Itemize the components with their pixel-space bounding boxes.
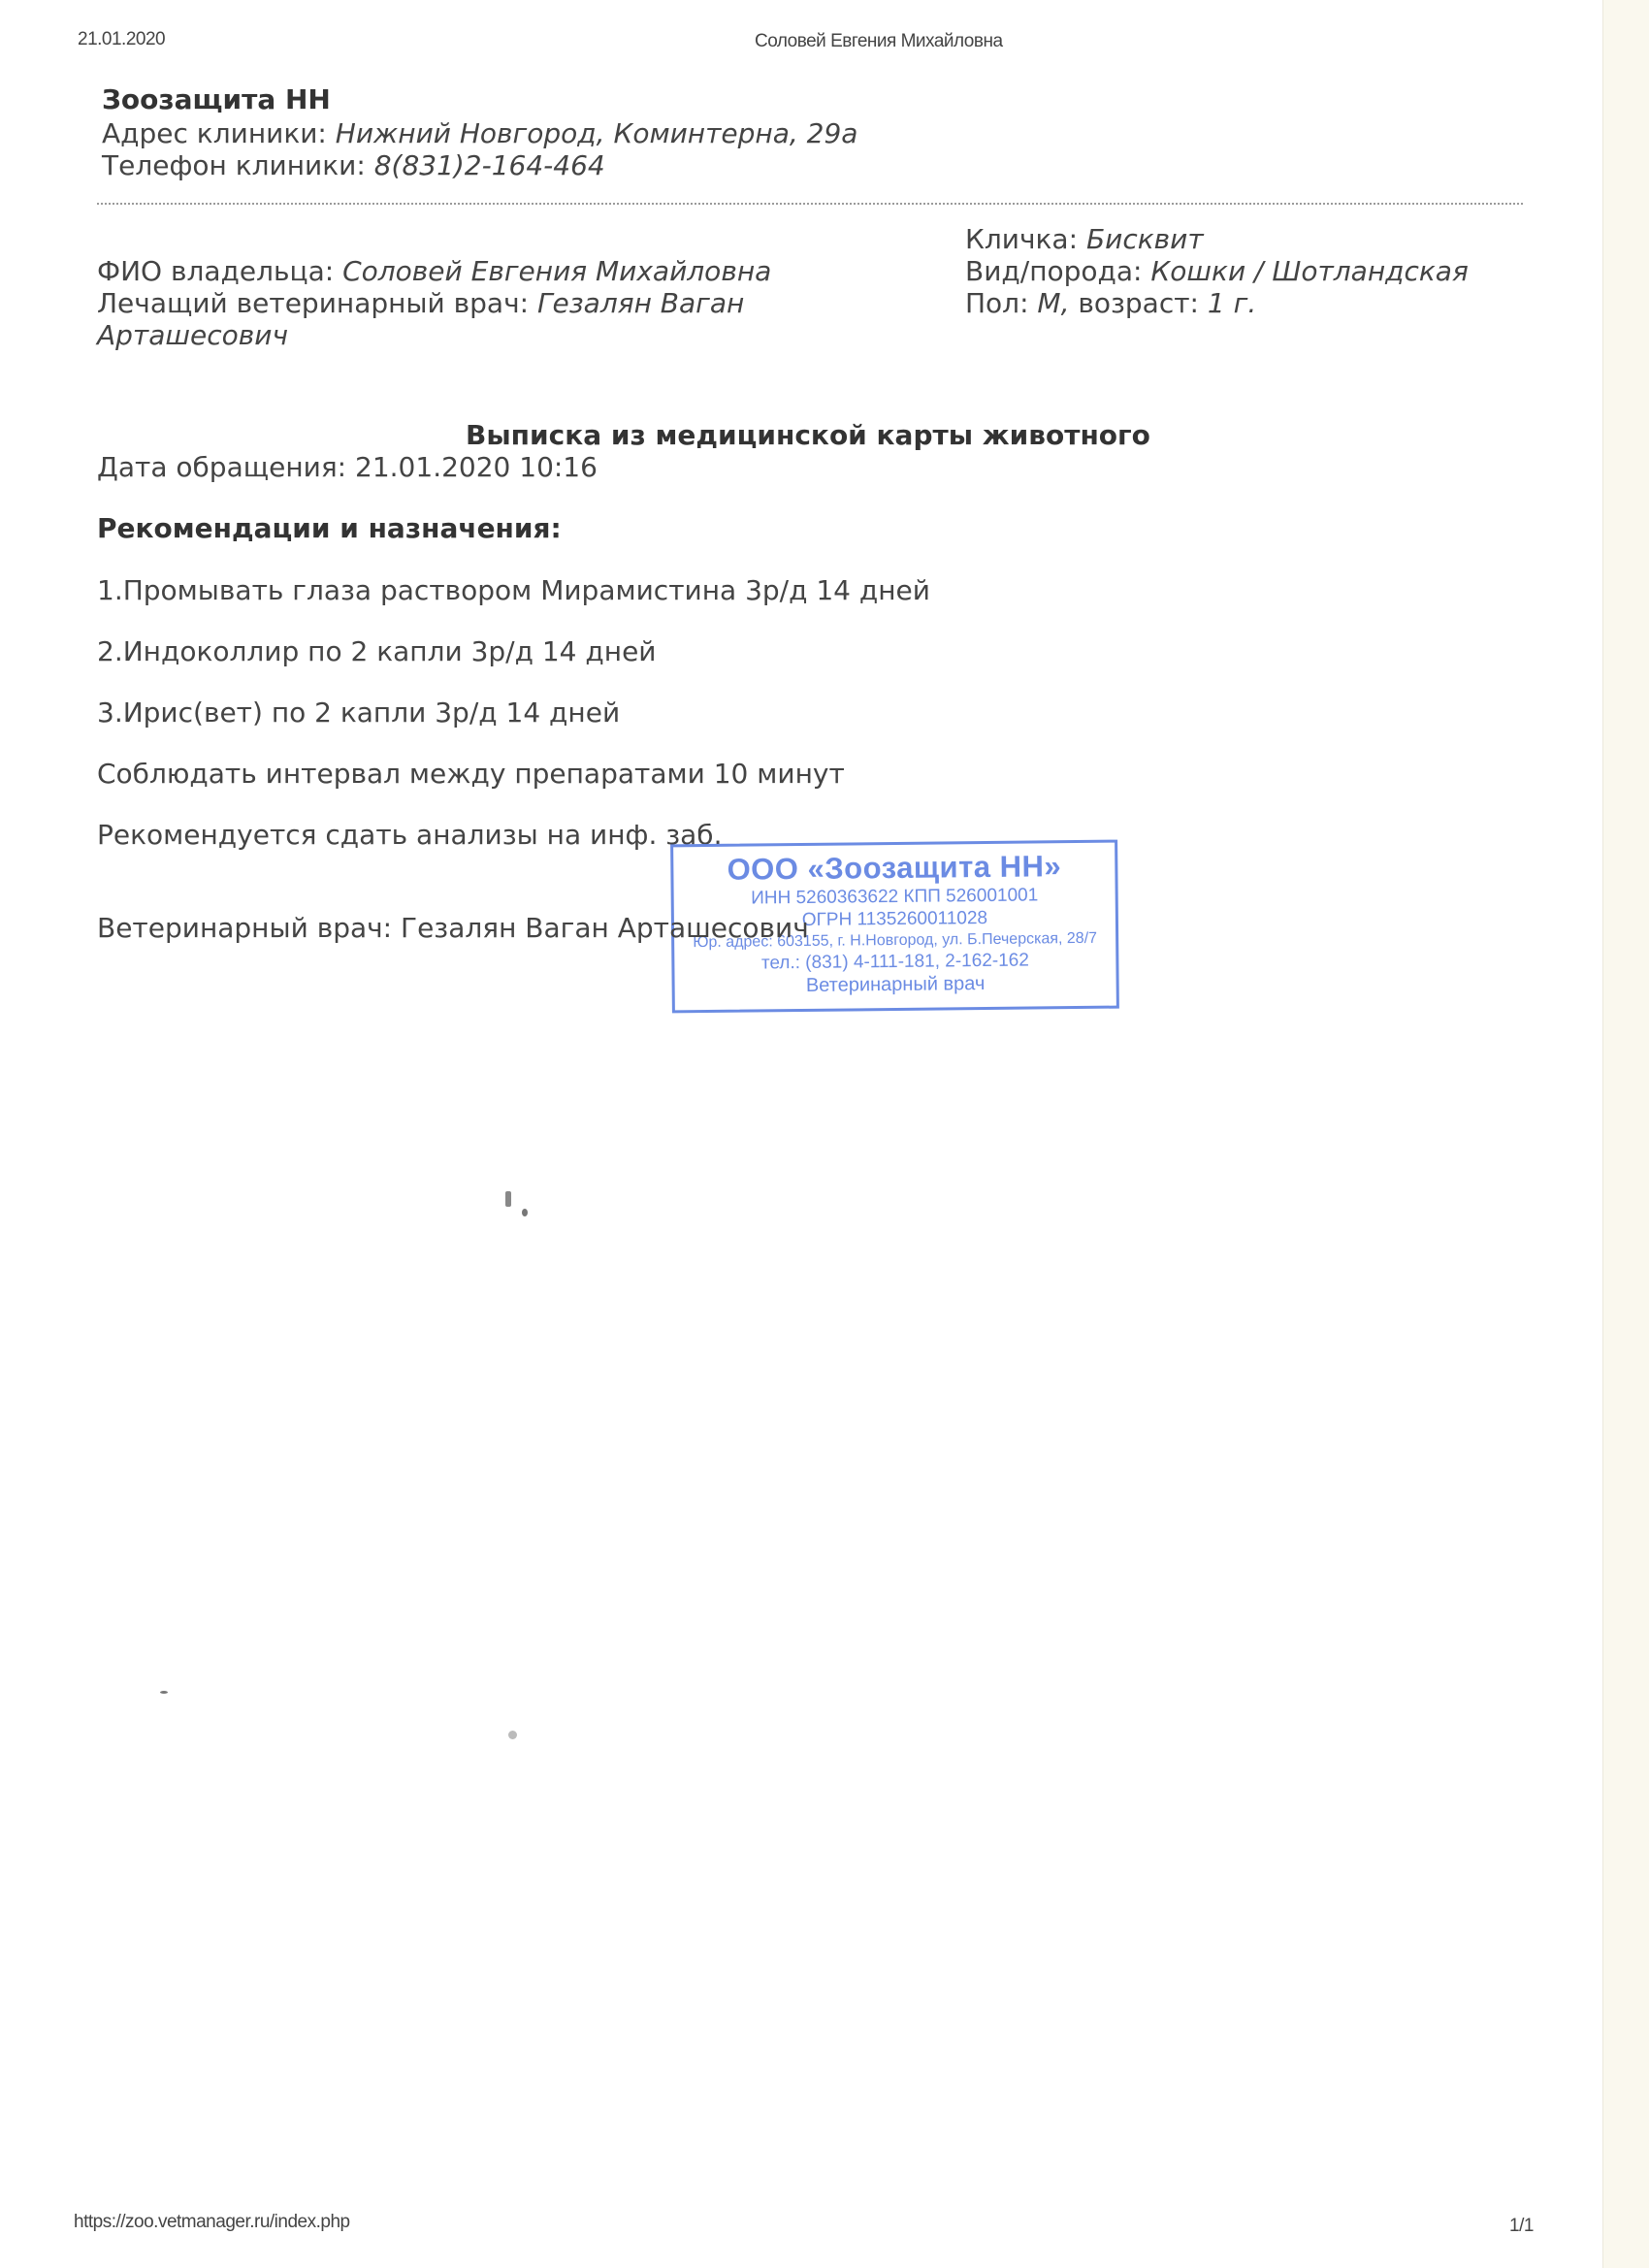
- attending-doctor: Лечащий ветеринарный врач: Гезалян Ваган: [97, 287, 744, 319]
- stamp-org-name: ООО «Зоозащита НН»: [673, 849, 1115, 889]
- doctor-value-continued: Арташесович: [97, 319, 288, 351]
- print-page-title: Соловей Евгения Михайловна: [755, 31, 1003, 52]
- recommendations-title: Рекомендации и назначения:: [97, 512, 562, 544]
- clinic-address-label: Адрес клиники:: [102, 117, 327, 149]
- recommendation-note: Соблюдать интервал между препаратами 10 …: [97, 758, 845, 790]
- pet-name: Кличка: Бисквит: [965, 223, 1204, 255]
- scan-artifact: [505, 1191, 511, 1207]
- recommendation-item: 1.Промывать глаза раствором Мирамистина …: [97, 574, 930, 606]
- clinic-address-value: Нижний Новгород, Коминтерна, 29а: [336, 117, 858, 149]
- clinic-address: Адрес клиники: Нижний Новгород, Коминтер…: [102, 117, 857, 149]
- footer-page-number: 1/1: [1509, 2216, 1534, 2237]
- signature-line: Ветеринарный врач: Гезалян Ваган Арташес…: [97, 912, 809, 944]
- pet-breed-value: Кошки / Шотландская: [1150, 255, 1468, 287]
- clinic-name: Зоозащита НН: [102, 83, 331, 115]
- pet-name-value: Бисквит: [1086, 223, 1204, 255]
- pet-sex-label: Пол:: [965, 287, 1029, 319]
- footer-url: https://zoo.vetmanager.ru/index.php: [74, 2212, 350, 2233]
- scan-artifact: [160, 1691, 168, 1694]
- pet-age-label: возраст:: [1078, 287, 1199, 319]
- visit-date: Дата обращения: 21.01.2020 10:16: [97, 451, 598, 483]
- clinic-phone-label: Телефон клиники:: [102, 149, 366, 181]
- stamp-role: Ветеринарный врач: [675, 971, 1116, 999]
- recommendation-note: Рекомендуется сдать анализы на инф. заб.: [97, 819, 722, 851]
- pet-sex-age: Пол: М, возраст: 1 г.: [965, 287, 1256, 319]
- owner-name: ФИО владельца: Соловей Евгения Михайловн…: [97, 255, 771, 287]
- doctor-value: Гезалян Ваган: [537, 287, 744, 319]
- header-divider: [97, 203, 1523, 205]
- clinic-phone-value: 8(831)2-164-464: [374, 149, 605, 181]
- doctor-label: Лечащий ветеринарный врач:: [97, 287, 529, 319]
- visit-date-label: Дата обращения:: [97, 451, 346, 483]
- recommendation-item: 3.Ирис(вет) по 2 капли 3р/д 14 дней: [97, 697, 620, 729]
- print-date: 21.01.2020: [78, 29, 165, 50]
- pet-breed-label: Вид/порода:: [965, 255, 1143, 287]
- pet-breed: Вид/порода: Кошки / Шотландская: [965, 255, 1469, 287]
- visit-date-value: 21.01.2020 10:16: [355, 451, 598, 483]
- document-title: Выписка из медицинской карты животного: [466, 419, 1150, 451]
- pet-name-label: Кличка:: [965, 223, 1078, 255]
- scan-artifact: [522, 1209, 528, 1216]
- owner-label: ФИО владельца:: [97, 255, 334, 287]
- pet-age-value: 1 г.: [1208, 287, 1256, 319]
- pet-sex-value: М,: [1037, 287, 1069, 319]
- scanned-paper-edge: [1602, 0, 1649, 2268]
- owner-value: Соловей Евгения Михайловна: [342, 255, 771, 287]
- clinic-phone: Телефон клиники: 8(831)2-164-464: [102, 149, 605, 181]
- recommendation-item: 2.Индоколлир по 2 капли 3р/д 14 дней: [97, 635, 657, 667]
- scan-artifact: [508, 1731, 517, 1739]
